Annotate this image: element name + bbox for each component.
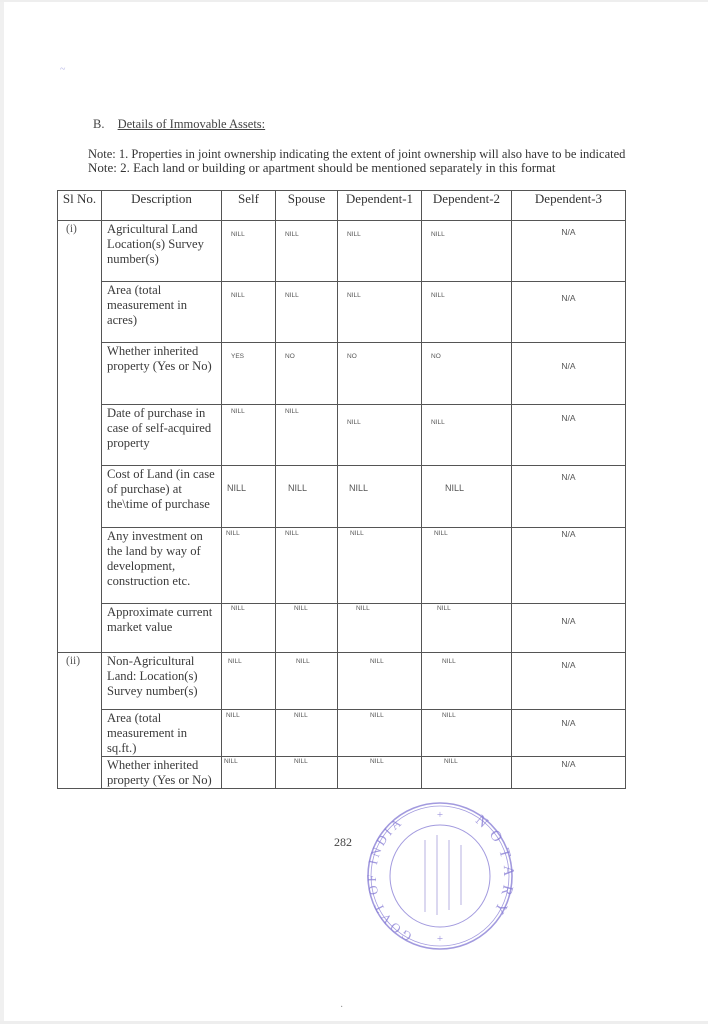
scan-speck: · bbox=[340, 1002, 343, 1013]
spouse-cell: NILL bbox=[276, 466, 338, 528]
section-heading: B. Details of Immovable Assets: bbox=[93, 117, 265, 132]
table-row: Whether inherited property (Yes or No) Y… bbox=[58, 343, 626, 405]
dependent-2-cell: NO bbox=[422, 343, 512, 405]
notary-stamp: NOTARY GOVT OF INDIA + + bbox=[365, 800, 515, 952]
dependent-3-cell: N/A bbox=[512, 343, 626, 405]
dependent-2-cell: NILL bbox=[422, 405, 512, 466]
self-cell: NILL bbox=[222, 604, 276, 653]
dependent-2-cell: NILL bbox=[422, 604, 512, 653]
section-letter: B. bbox=[93, 117, 104, 131]
svg-text:NOTARY: NOTARY bbox=[472, 812, 515, 923]
spouse-cell: NO bbox=[276, 343, 338, 405]
table-row: Approximate current market value NILL NI… bbox=[58, 604, 626, 653]
dependent-1-cell: NILL bbox=[338, 221, 422, 282]
dependent-1-cell: NILL bbox=[338, 604, 422, 653]
description-cell: Agricultural Land Location(s) Survey num… bbox=[102, 221, 222, 282]
table-row: (ii) Non-Agricultural Land: Location(s) … bbox=[58, 653, 626, 710]
sl-cell: (ii) bbox=[58, 653, 102, 789]
page-edge-top bbox=[0, 0, 708, 2]
scan-speck: ~ bbox=[60, 64, 65, 75]
header-sl: Sl No. bbox=[58, 191, 102, 221]
dependent-1-cell: NILL bbox=[338, 282, 422, 343]
dependent-2-cell: NILL bbox=[422, 282, 512, 343]
spouse-cell: NILL bbox=[276, 405, 338, 466]
spouse-cell: NILL bbox=[276, 757, 338, 789]
section-title: Details of Immovable Assets: bbox=[118, 117, 266, 131]
dependent-3-cell: N/A bbox=[512, 604, 626, 653]
spouse-cell: NILL bbox=[276, 528, 338, 604]
description-cell: Approximate current market value bbox=[102, 604, 222, 653]
dependent-3-cell: N/A bbox=[512, 528, 626, 604]
description-cell: Cost of Land (in case of purchase) at th… bbox=[102, 466, 222, 528]
dependent-2-cell: NILL bbox=[422, 221, 512, 282]
dependent-1-cell: NILL bbox=[338, 466, 422, 528]
self-cell: NILL bbox=[222, 528, 276, 604]
description-cell: Area (total measurement in acres) bbox=[102, 282, 222, 343]
note-2: Note: 2. Each land or building or apartm… bbox=[88, 160, 556, 176]
self-cell: NILL bbox=[222, 653, 276, 710]
svg-text:+: + bbox=[437, 809, 443, 821]
self-cell: NILL bbox=[222, 221, 276, 282]
header-self: Self bbox=[222, 191, 276, 221]
table-row: Cost of Land (in case of purchase) at th… bbox=[58, 466, 626, 528]
header-dependent-1: Dependent-1 bbox=[338, 191, 422, 221]
header-spouse: Spouse bbox=[276, 191, 338, 221]
dependent-1-cell: NILL bbox=[338, 653, 422, 710]
immovable-assets-table: Sl No. Description Self Spouse Dependent… bbox=[57, 190, 626, 789]
spouse-cell: NILL bbox=[276, 221, 338, 282]
dependent-2-cell: NILL bbox=[422, 710, 512, 757]
spouse-cell: NILL bbox=[276, 282, 338, 343]
self-cell: NILL bbox=[222, 710, 276, 757]
dependent-1-cell: NILL bbox=[338, 528, 422, 604]
stamp-seal-icon: NOTARY GOVT OF INDIA + + bbox=[365, 800, 515, 952]
self-cell: YES bbox=[222, 343, 276, 405]
dependent-3-cell: N/A bbox=[512, 710, 626, 757]
table-row: Area (total measurement in sq.ft.) NILL … bbox=[58, 710, 626, 757]
dependent-3-cell: N/A bbox=[512, 653, 626, 710]
dependent-2-cell: NILL bbox=[422, 466, 512, 528]
spouse-cell: NILL bbox=[276, 710, 338, 757]
description-cell: Area (total measurement in sq.ft.) bbox=[102, 710, 222, 757]
dependent-2-cell: NILL bbox=[422, 653, 512, 710]
sl-cell: (i) bbox=[58, 221, 102, 653]
self-cell: NILL bbox=[222, 282, 276, 343]
dependent-3-cell: N/A bbox=[512, 405, 626, 466]
page-number: 282 bbox=[334, 835, 352, 850]
dependent-2-cell: NILL bbox=[422, 528, 512, 604]
table-row: Date of purchase in case of self-acquire… bbox=[58, 405, 626, 466]
self-cell: NILL bbox=[222, 405, 276, 466]
svg-text:+: + bbox=[437, 933, 443, 945]
table-row: Any investment on the land by way of dev… bbox=[58, 528, 626, 604]
header-dependent-3: Dependent-3 bbox=[512, 191, 626, 221]
description-cell: Date of purchase in case of self-acquire… bbox=[102, 405, 222, 466]
table-row: Whether inherited property (Yes or No) N… bbox=[58, 757, 626, 789]
dependent-1-cell: NO bbox=[338, 343, 422, 405]
header-dependent-2: Dependent-2 bbox=[422, 191, 512, 221]
table-row: (i) Agricultural Land Location(s) Survey… bbox=[58, 221, 626, 282]
header-description: Description bbox=[102, 191, 222, 221]
dependent-3-cell: N/A bbox=[512, 282, 626, 343]
dependent-1-cell: NILL bbox=[338, 757, 422, 789]
description-cell: Whether inherited property (Yes or No) bbox=[102, 757, 222, 789]
self-cell: NILL bbox=[222, 757, 276, 789]
dependent-1-cell: NILL bbox=[338, 405, 422, 466]
page-edge bbox=[0, 0, 4, 1024]
dependent-3-cell: N/A bbox=[512, 466, 626, 528]
dependent-2-cell: NILL bbox=[422, 757, 512, 789]
description-cell: Non-Agricultural Land: Location(s) Surve… bbox=[102, 653, 222, 710]
table-row: Area (total measurement in acres) NILL N… bbox=[58, 282, 626, 343]
self-cell: NILL bbox=[222, 466, 276, 528]
description-cell: Any investment on the land by way of dev… bbox=[102, 528, 222, 604]
header-row: Sl No. Description Self Spouse Dependent… bbox=[58, 191, 626, 221]
spouse-cell: NILL bbox=[276, 653, 338, 710]
dependent-3-cell: N/A bbox=[512, 221, 626, 282]
dependent-3-cell: N/A bbox=[512, 757, 626, 789]
dependent-1-cell: NILL bbox=[338, 710, 422, 757]
description-cell: Whether inherited property (Yes or No) bbox=[102, 343, 222, 405]
spouse-cell: NILL bbox=[276, 604, 338, 653]
